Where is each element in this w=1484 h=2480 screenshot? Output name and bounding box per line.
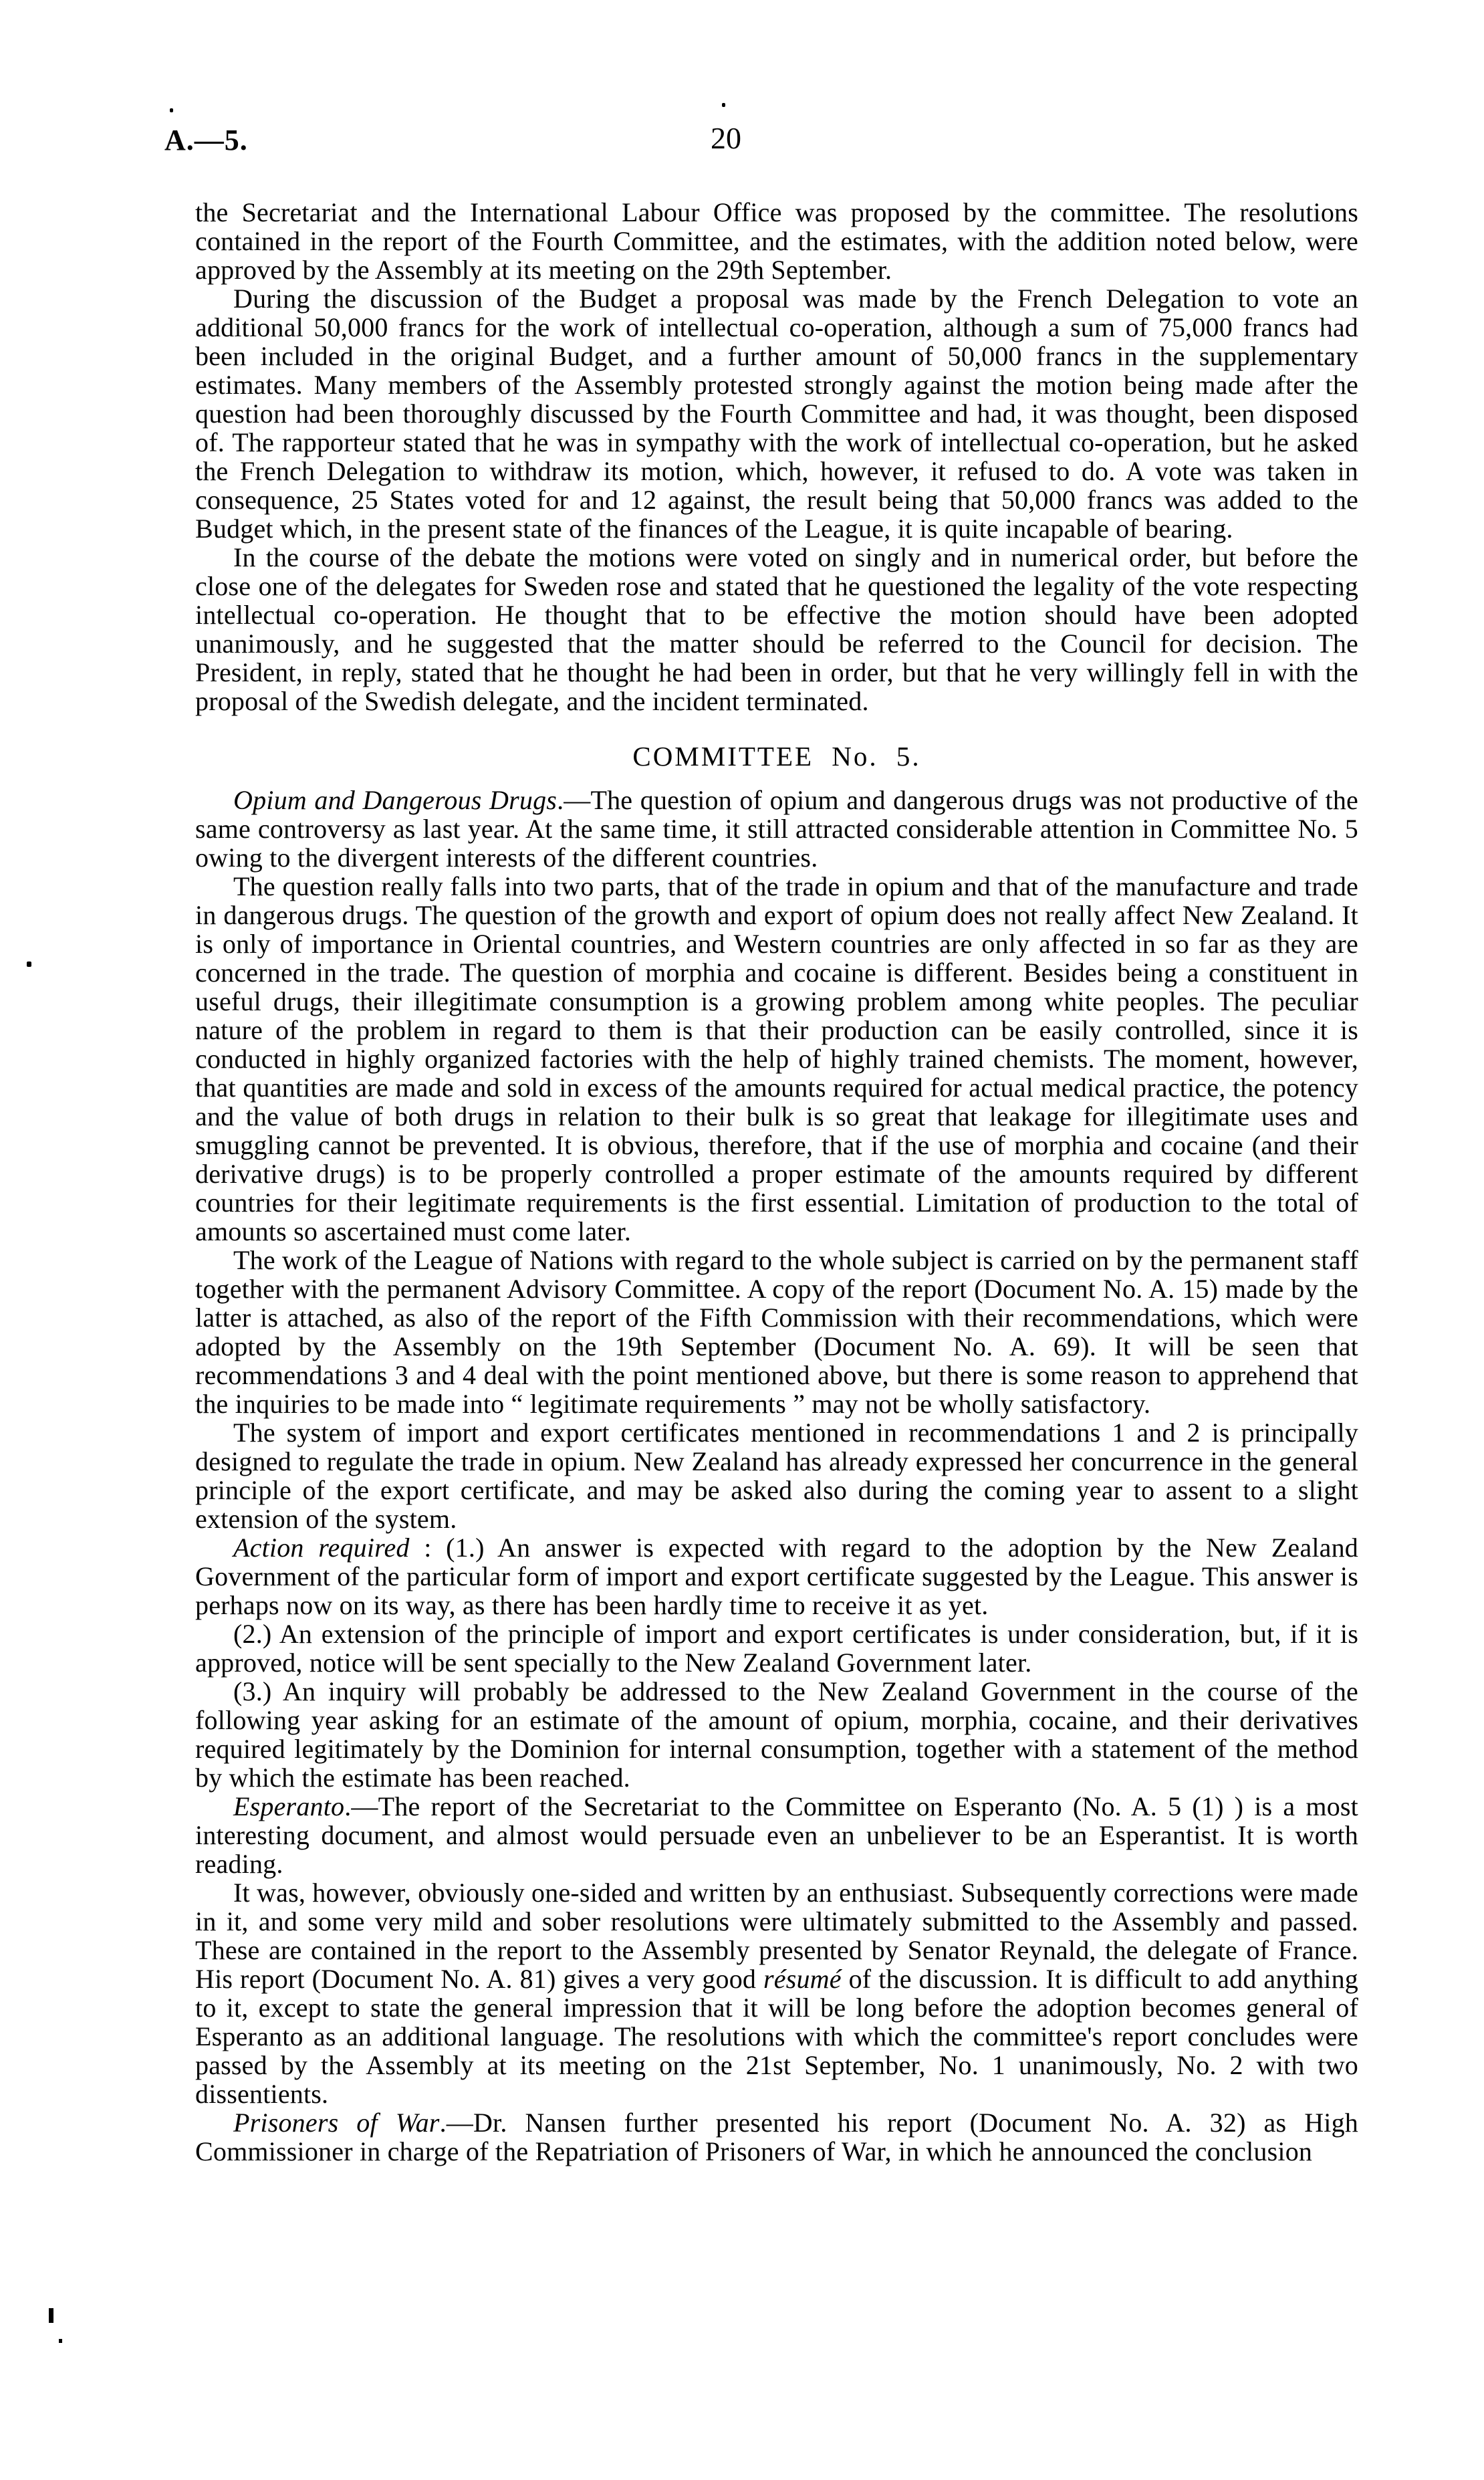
page-sheet: A.—5. 20 the Secretariat and the Interna…	[0, 0, 1484, 2480]
paragraph-text: (2.) An extension of the principle of im…	[195, 1619, 1358, 1678]
scan-speck	[170, 108, 173, 112]
scan-speck	[59, 2339, 62, 2343]
paragraph-text: the Secretariat and the International La…	[195, 197, 1358, 285]
paragraph: Opium and Dangerous Drugs.—The question …	[195, 786, 1358, 872]
document-reference: A.—5.	[164, 123, 248, 157]
paragraph: In the course of the debate the motions …	[195, 543, 1358, 715]
italic-label: résumé	[763, 1964, 842, 1994]
paragraph: (3.) An inquiry will probably be address…	[195, 1677, 1358, 1792]
page-number: 20	[711, 120, 741, 156]
paragraph-text: During the discussion of the Budget a pr…	[195, 284, 1358, 544]
paragraph: The work of the League of Nations with r…	[195, 1246, 1358, 1418]
paragraph: Esperanto.—The report of the Secretariat…	[195, 1792, 1358, 1878]
italic-label: Action required	[233, 1533, 410, 1563]
scan-speck	[722, 103, 725, 107]
paragraph: Prisoners of War.—Dr. Nansen further pre…	[195, 2108, 1358, 2166]
italic-label: Opium and Dangerous Drugs	[233, 785, 557, 815]
paragraph-text: In the course of the debate the motions …	[195, 542, 1358, 716]
section-heading: COMMITTEE No. 5.	[195, 742, 1358, 771]
paragraph-text: The work of the League of Nations with r…	[195, 1245, 1358, 1419]
paragraph-text: .—The report of the Secretariat to the C…	[195, 1791, 1358, 1879]
italic-label: Prisoners of War	[233, 2108, 440, 2138]
paragraph: During the discussion of the Budget a pr…	[195, 284, 1358, 543]
paragraph: the Secretariat and the International La…	[195, 198, 1358, 284]
document-body: the Secretariat and the International La…	[195, 198, 1358, 2166]
italic-label: Esperanto	[233, 1791, 344, 1821]
paragraph-text: (3.) An inquiry will probably be address…	[195, 1676, 1358, 1793]
paragraph-text: The system of import and export certific…	[195, 1418, 1358, 1534]
scan-speck	[49, 2308, 53, 2323]
paragraph: The question really falls into two parts…	[195, 872, 1358, 1246]
scan-speck	[27, 962, 31, 967]
paragraph-text: The question really falls into two parts…	[195, 871, 1358, 1246]
paragraph: Action required : (1.) An answer is expe…	[195, 1533, 1358, 1619]
paragraph: It was, however, obviously one-sided and…	[195, 1878, 1358, 2108]
paragraph: The system of import and export certific…	[195, 1418, 1358, 1533]
paragraph: (2.) An extension of the principle of im…	[195, 1619, 1358, 1677]
